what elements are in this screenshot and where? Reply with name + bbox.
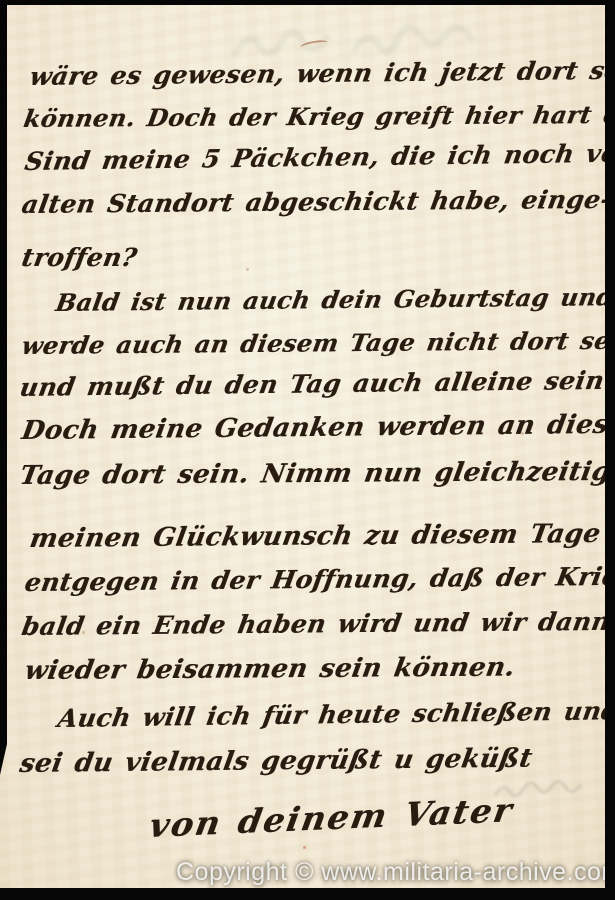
- handwriting-line: wäre es gewesen, wenn ich jetzt dort sei…: [28, 56, 615, 91]
- handwriting-line: können. Doch der Krieg greift hier hart …: [22, 100, 615, 133]
- scan-edge-right: [605, 0, 615, 900]
- foxing-speck: [246, 268, 249, 271]
- letter-scan-page: wäre es gewesen, wenn ich jetzt dort sei…: [0, 0, 615, 900]
- foxing-speck: [303, 846, 306, 849]
- handwriting-line: wieder beisammen sein können.: [22, 653, 517, 686]
- handwriting-line: sei du vielmals gegrüßt u geküßt: [18, 744, 535, 779]
- scan-edge-left: [0, 0, 7, 775]
- handwriting-line: alten Standort abgeschickt habe, einge-: [20, 185, 614, 219]
- handwriting-line: Tage dort sein. Nimm nun gleichzeitig: [17, 457, 612, 491]
- scan-edge-bottom: [0, 888, 615, 900]
- handwriting-line: bald ein Ende haben wird und wir dann: [20, 607, 613, 641]
- handwriting-line: Bald ist nun auch dein Geburtstag und ic…: [54, 282, 615, 317]
- copyright-watermark: Copyright © www.militaria-archive.com: [176, 858, 615, 887]
- scan-edge-top: [0, 0, 615, 5]
- handwriting-line: troffen?: [19, 243, 139, 272]
- handwriting-line: Doch meine Gedanken werden an diesem: [20, 409, 615, 446]
- handwriting-line: entgegen in der Hoffnung, daß der Krieg: [23, 562, 615, 597]
- handwriting-line: meinen Glückwunsch zu diesem Tage: [27, 519, 602, 554]
- handwriting-line: werde auch an diesem Tage nicht dort sei…: [20, 326, 615, 360]
